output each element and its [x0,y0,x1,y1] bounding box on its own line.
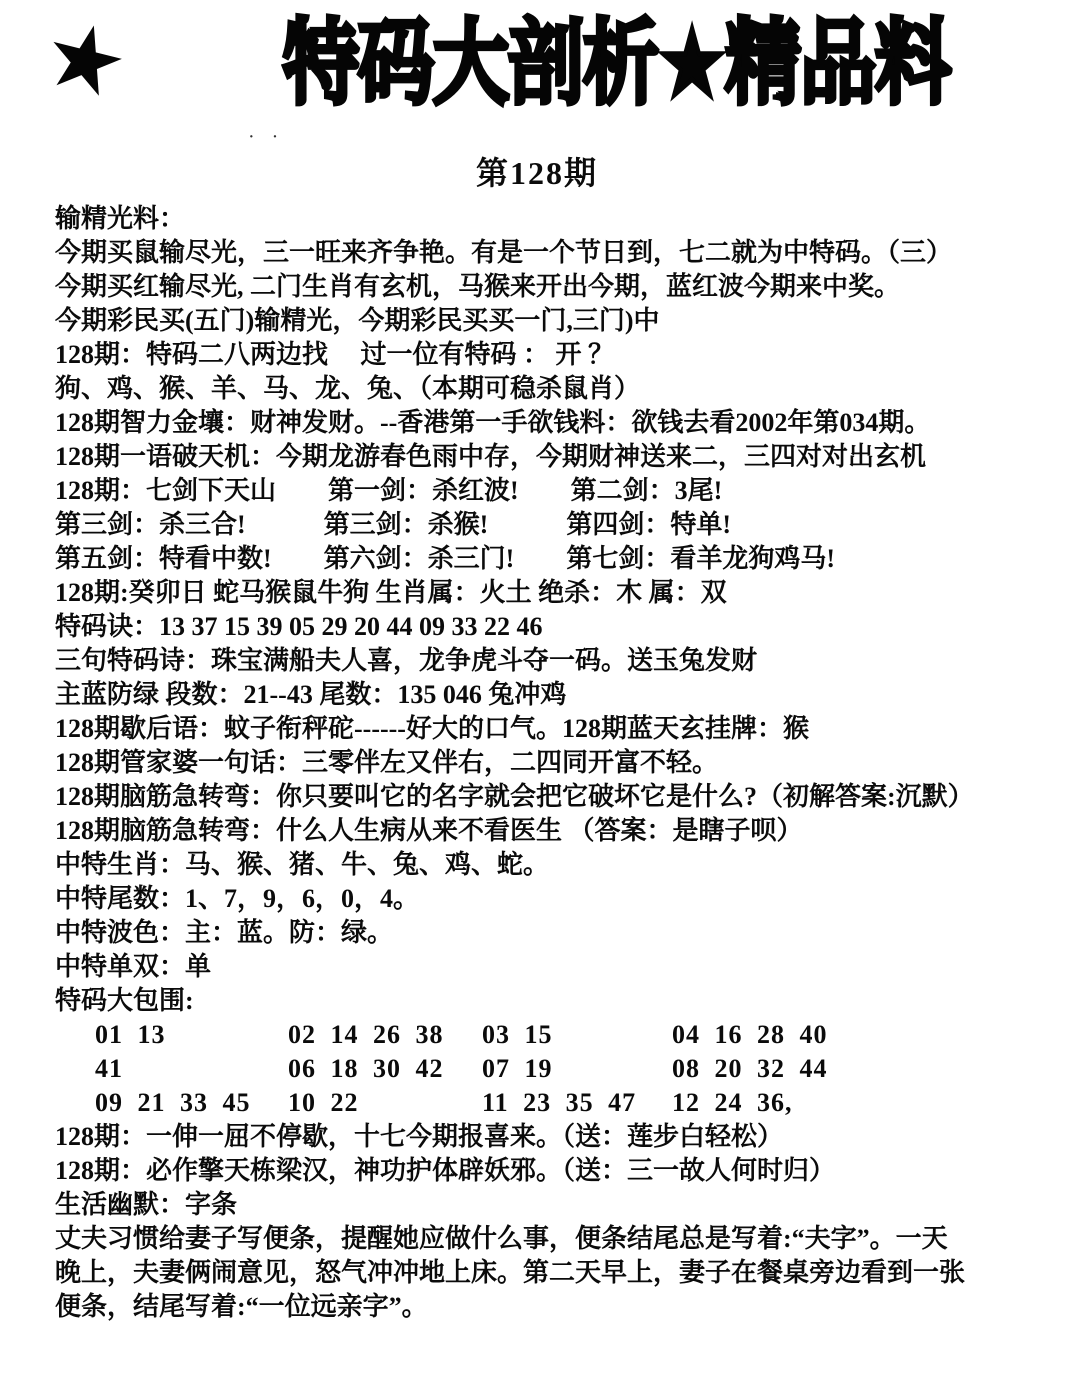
text-line: 中特生肖：马、猴、猪、牛、兔、鸡、蛇。 [55,848,1040,882]
text-line: 三句特码诗：珠宝满船夫人喜，龙争虎斗夺一码。送玉兔发财 [55,644,1040,678]
pack-cell: 06 18 30 42 [288,1052,482,1086]
text-line: 128期智力金壤：财神发财。--香港第一手欲钱料：欲钱去看2002年第034期。 [55,406,1040,440]
pack-cell: 04 16 28 40 [672,1018,1040,1052]
scan-artifact-dots: · · [248,126,284,149]
text-line-humor-body: 晚上，夫妻俩闹意见，怒气冲冲地上床。第二天早上，妻子在餐桌旁边看到一张 [55,1256,1040,1290]
text-line: 128期:癸卯日 蛇马猴鼠牛狗 生肖属：火土 绝杀：木 属：双 [55,576,1040,610]
text-line: 主蓝防绿 段数：21--43 尾数：135 046 兔冲鸡 [55,678,1040,712]
pack-cell: 11 23 35 47 [482,1086,672,1120]
star-icon: ★ [34,5,136,114]
text-line-intro-label: 输精光料： [55,202,1040,236]
sheet-body: 输精光料： 今期买鼠输尽光，三一旺来齐争艳。有是一个节日到，七二就为中特码。（三… [55,202,1040,1324]
pack-cell: 03 15 [482,1018,672,1052]
text-line: 128期一语破天机：今期龙游春色雨中存，今期财神送来二，三四对对出玄机 [55,440,1040,474]
sheet-title: 特码大剖析★精品料 [283,18,950,111]
text-line-humor-heading: 生活幽默：字条 [55,1188,1040,1222]
pack-cell: 12 24 36, [672,1086,1040,1120]
text-line-humor-body: 丈夫习惯给妻子写便条，提醒她应做什么事，便条结尾总是写着:“夫字”。一天 [55,1222,1040,1256]
pack-cell: 02 14 26 38 [288,1018,482,1052]
text-line-riddle-2: 128期脑筋急转弯：什么人生病从来不看医生 （答案：是瞎子呗） [55,814,1040,848]
text-line-seven-swords-3: 第五剑：特看中数! 第六剑：杀三门! 第七剑：看羊龙狗鸡马! [55,542,1040,576]
text-line: 128期歇后语：蚊子衔秤砣------好大的口气。128期蓝天玄挂牌：猴 [55,712,1040,746]
text-line-special-code-numbers: 特码诀：13 37 15 39 05 29 20 44 09 33 22 46 [55,610,1040,644]
text-line: 128期：特码二八两边找 过一位有特码 ： 开 ？ [55,338,1040,372]
issue-number: 第128期 [0,148,1074,194]
text-line-pack-heading: 特码大包围: [55,984,1040,1018]
pack-cell: 10 22 [288,1086,482,1120]
text-line: 中特尾数：1、7，9，6，0，4。 [55,882,1040,916]
text-line-riddle-1: 128期脑筋急转弯：你只要叫它的名字就会把它破坏它是什么?（初解答案:沉默） [55,780,1040,814]
text-line: 中特波色：主：蓝。防：绿。 [55,916,1040,950]
sheet-header: ★ 特码大剖析★精品料 · · 第128期 [0,0,1074,202]
text-line: 今期买红输尽光, 二门生肖有玄机，马猴来开出今期，蓝红波今期来中奖。 [55,270,1040,304]
pack-cell: 08 20 32 44 [672,1052,1040,1086]
scanned-lottery-sheet: { "page": { "background": "#ffffff", "te… [0,0,1074,1388]
text-line: 今期彩民买(五门)输精光，今期彩民买买一门,三门)中 [55,304,1040,338]
text-line-humor-body: 便条，结尾写着:“一位远亲字”。 [55,1290,1040,1324]
pack-cell: 09 21 33 45 [95,1086,288,1120]
pack-cell: 01 13 [95,1018,288,1052]
number-pack-table: 01 13 02 14 26 38 03 15 04 16 28 40 41 0… [55,1018,1040,1120]
text-line: 128期：必作擎天栋梁汉，神功护体辟妖邪。（送：三一故人何时归） [55,1154,1040,1188]
text-line: 狗、鸡、猴、羊、马、龙、兔、（本期可稳杀鼠肖） [55,372,1040,406]
text-line-seven-swords-2: 第三剑：杀三合! 第三剑：杀猴! 第四剑：特单! [55,508,1040,542]
text-line: 今期买鼠输尽光，三一旺来齐争艳。有是一个节日到，七二就为中特码。（三） [55,236,1040,270]
text-line: 中特单双：单 [55,950,1040,984]
pack-cell: 41 [95,1052,288,1086]
text-line-seven-swords-1: 128期：七剑下天山 第一剑：杀红波! 第二剑：3尾! [55,474,1040,508]
text-line: 128期：一伸一屈不停歇，十七今期报喜来。（送：莲步白轻松） [55,1120,1040,1154]
text-line: 128期管家婆一句话：三零伴左又伴右，二四同开富不轻。 [55,746,1040,780]
pack-cell: 07 19 [482,1052,672,1086]
